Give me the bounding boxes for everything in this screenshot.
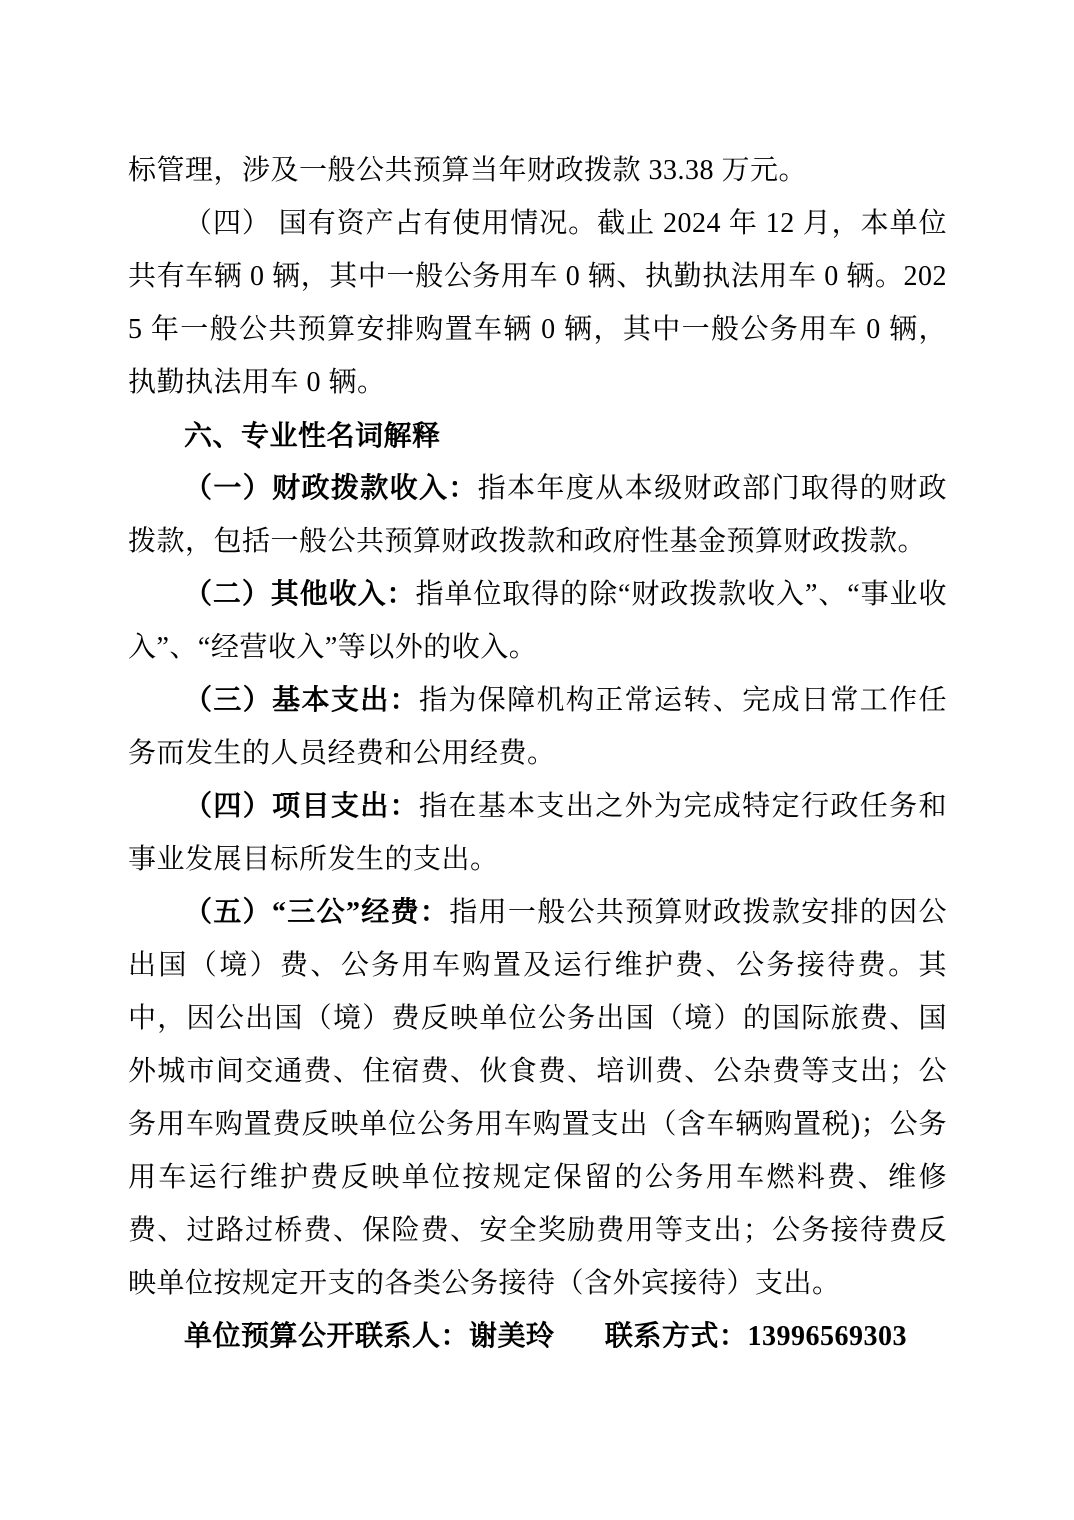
paragraph-continuation: 标管理，涉及一般公共预算当年财政拨款 33.38 万元。 <box>128 144 947 197</box>
term-paragraph-basic-expenditure: （三）基本支出：指为保障机构正常运转、完成日常工作任务而发生的人员经费和公用经费… <box>128 674 947 780</box>
term-definition: 指用一般公共预算财政拨款安排的因公出国（境）费、公务用车购置及运行维护费、公务接… <box>128 897 947 1299</box>
section-heading: 六、专业性名词解释 <box>128 409 947 462</box>
term-paragraph-project-expenditure: （四）项目支出：指在基本支出之外为完成特定行政任务和事业发展目标所发生的支出。 <box>128 780 947 886</box>
contact-line: 单位预算公开联系人：谢美玲联系方式：13996569303 <box>128 1310 947 1363</box>
term-label: （二）其他收入： <box>184 579 415 610</box>
term-label: （一）财政拨款收入： <box>184 473 478 504</box>
term-label: （五）“三公”经费： <box>184 897 449 928</box>
paragraph-state-assets: （四） 国有资产占有使用情况。截止 2024 年 12 月，本单位共有车辆 0 … <box>128 197 947 409</box>
contact-phone-number: 13996569303 <box>747 1321 907 1352</box>
contact-person-label: 单位预算公开联系人： <box>184 1321 469 1352</box>
term-label: （四）项目支出： <box>184 791 419 822</box>
term-paragraph-fiscal-appropriation-income: （一）财政拨款收入：指本年度从本级财政部门取得的财政拨款，包括一般公共预算财政拨… <box>128 462 947 568</box>
document-page: 标管理，涉及一般公共预算当年财政拨款 33.38 万元。 （四） 国有资产占有使… <box>0 0 1074 1520</box>
term-paragraph-other-income: （二）其他收入：指单位取得的除“财政拨款收入”、“事业收入”、“经营收入”等以外… <box>128 568 947 674</box>
contact-phone-label: 联系方式： <box>605 1321 748 1352</box>
contact-person-name: 谢美玲 <box>469 1321 555 1352</box>
term-label: （三）基本支出： <box>184 685 419 716</box>
term-paragraph-three-public-funds: （五）“三公”经费：指用一般公共预算财政拨款安排的因公出国（境）费、公务用车购置… <box>128 886 947 1310</box>
